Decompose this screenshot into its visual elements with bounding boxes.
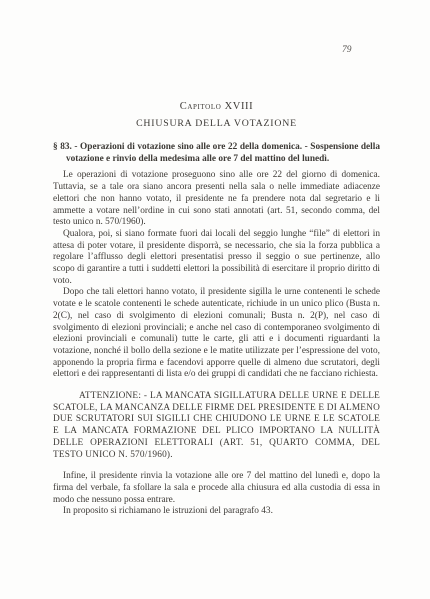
page-content: Capitolo XVIII CHIUSURA DELLA VOTAZIONE … (53, 101, 380, 518)
book-page: 79 Capitolo XVIII CHIUSURA DELLA VOTAZIO… (0, 0, 430, 599)
chapter-label: Capitolo XVIII (53, 101, 380, 112)
paragraph: In proposito si richiamano le istruzioni… (53, 506, 380, 518)
page-number: 79 (342, 45, 352, 55)
paragraph: Le operazioni di votazione proseguono si… (53, 170, 380, 229)
paragraph: Dopo che tali elettori hanno votato, il … (53, 287, 380, 381)
chapter-title: CHIUSURA DELLA VOTAZIONE (53, 118, 380, 129)
section-heading: § 83. - Operazioni di votazione sino all… (53, 142, 380, 165)
paragraph: Qualora, poi, si siano formate fuori dai… (53, 229, 380, 288)
paragraph: Infine, il presidente rinvia la votazion… (53, 471, 380, 506)
attention-paragraph: ATTENZIONE: - LA MANCATA SIGILLATURA DEL… (53, 391, 380, 461)
